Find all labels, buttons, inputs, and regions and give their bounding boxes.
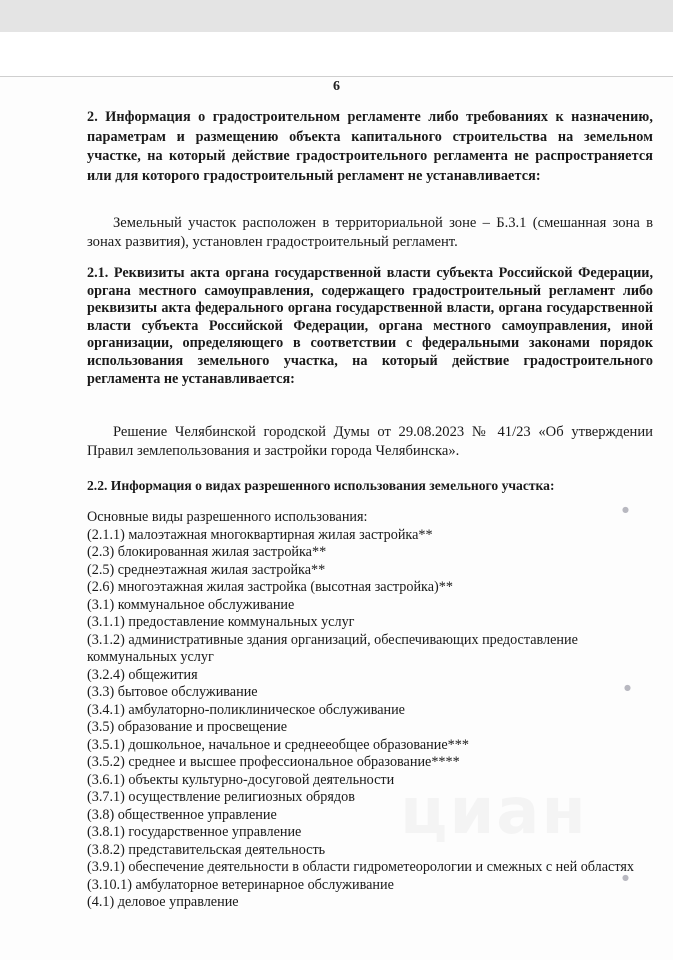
list-item: (3.1.1) предоставление коммунальных услу…: [87, 614, 653, 632]
list-item: (2.3) блокированная жилая застройка**: [87, 544, 653, 562]
list-item: (2.6) многоэтажная жилая застройка (высо…: [87, 579, 653, 597]
list-item: (3.10.1) амбулаторное ветеринарное обслу…: [87, 877, 653, 895]
document-page[interactable]: 6 2. Информация о градостроительном регл…: [0, 77, 673, 960]
list-intro: Основные виды разрешенного использования…: [87, 509, 653, 527]
permitted-use-list: Основные виды разрешенного использования…: [87, 509, 653, 912]
viewer-header-band: [0, 32, 673, 76]
list-item: (3.8.1) государственное управление: [87, 824, 653, 842]
list-item: (3.2.4) общежития: [87, 667, 653, 685]
list-item: (3.1.2) административные здания организа…: [87, 632, 627, 667]
scan-speck-icon: ●: [624, 683, 631, 692]
list-item: (3.7.1) осуществление религиозных обрядо…: [87, 789, 653, 807]
page-number: 6: [0, 79, 673, 95]
section-2-body: Земельный участок расположен в территори…: [87, 214, 653, 252]
list-item: (2.1.1) малоэтажная многоквартирная жила…: [87, 527, 653, 545]
list-item: (4.1) деловое управление: [87, 894, 653, 912]
scan-speck-icon: ●: [622, 873, 629, 882]
list-item: (3.8) общественное управление: [87, 807, 653, 825]
viewer-top-bar: [0, 0, 673, 32]
list-item: (3.3) бытовое обслуживание: [87, 684, 653, 702]
list-item: (3.5.1) дошкольное, начальное и среднеео…: [87, 737, 653, 755]
list-item: (3.6.1) объекты культурно-досуговой деят…: [87, 772, 653, 790]
list-item: (2.5) среднеэтажная жилая застройка**: [87, 562, 653, 580]
list-item: (3.1) коммунальное обслуживание: [87, 597, 653, 615]
list-item: (3.9.1) обеспечение деятельности в облас…: [87, 859, 653, 877]
scan-speck-icon: ●: [622, 505, 629, 514]
list-item: (3.5) образование и просвещение: [87, 719, 653, 737]
section-2-2-heading: 2.2. Информация о видах разрешенного исп…: [87, 477, 653, 495]
list-item: (3.5.2) среднее и высшее профессионально…: [87, 754, 653, 772]
section-2-heading: 2. Информация о градостроительном реглам…: [87, 108, 653, 186]
list-item: (3.8.2) представительская деятельность: [87, 842, 653, 860]
list-item: (3.4.1) амбулаторно-поликлиническое обсл…: [87, 702, 653, 720]
section-2-1-body: Решение Челябинской городской Думы от 29…: [87, 423, 653, 461]
section-2-1-heading: 2.1. Реквизиты акта органа государственн…: [87, 265, 653, 388]
